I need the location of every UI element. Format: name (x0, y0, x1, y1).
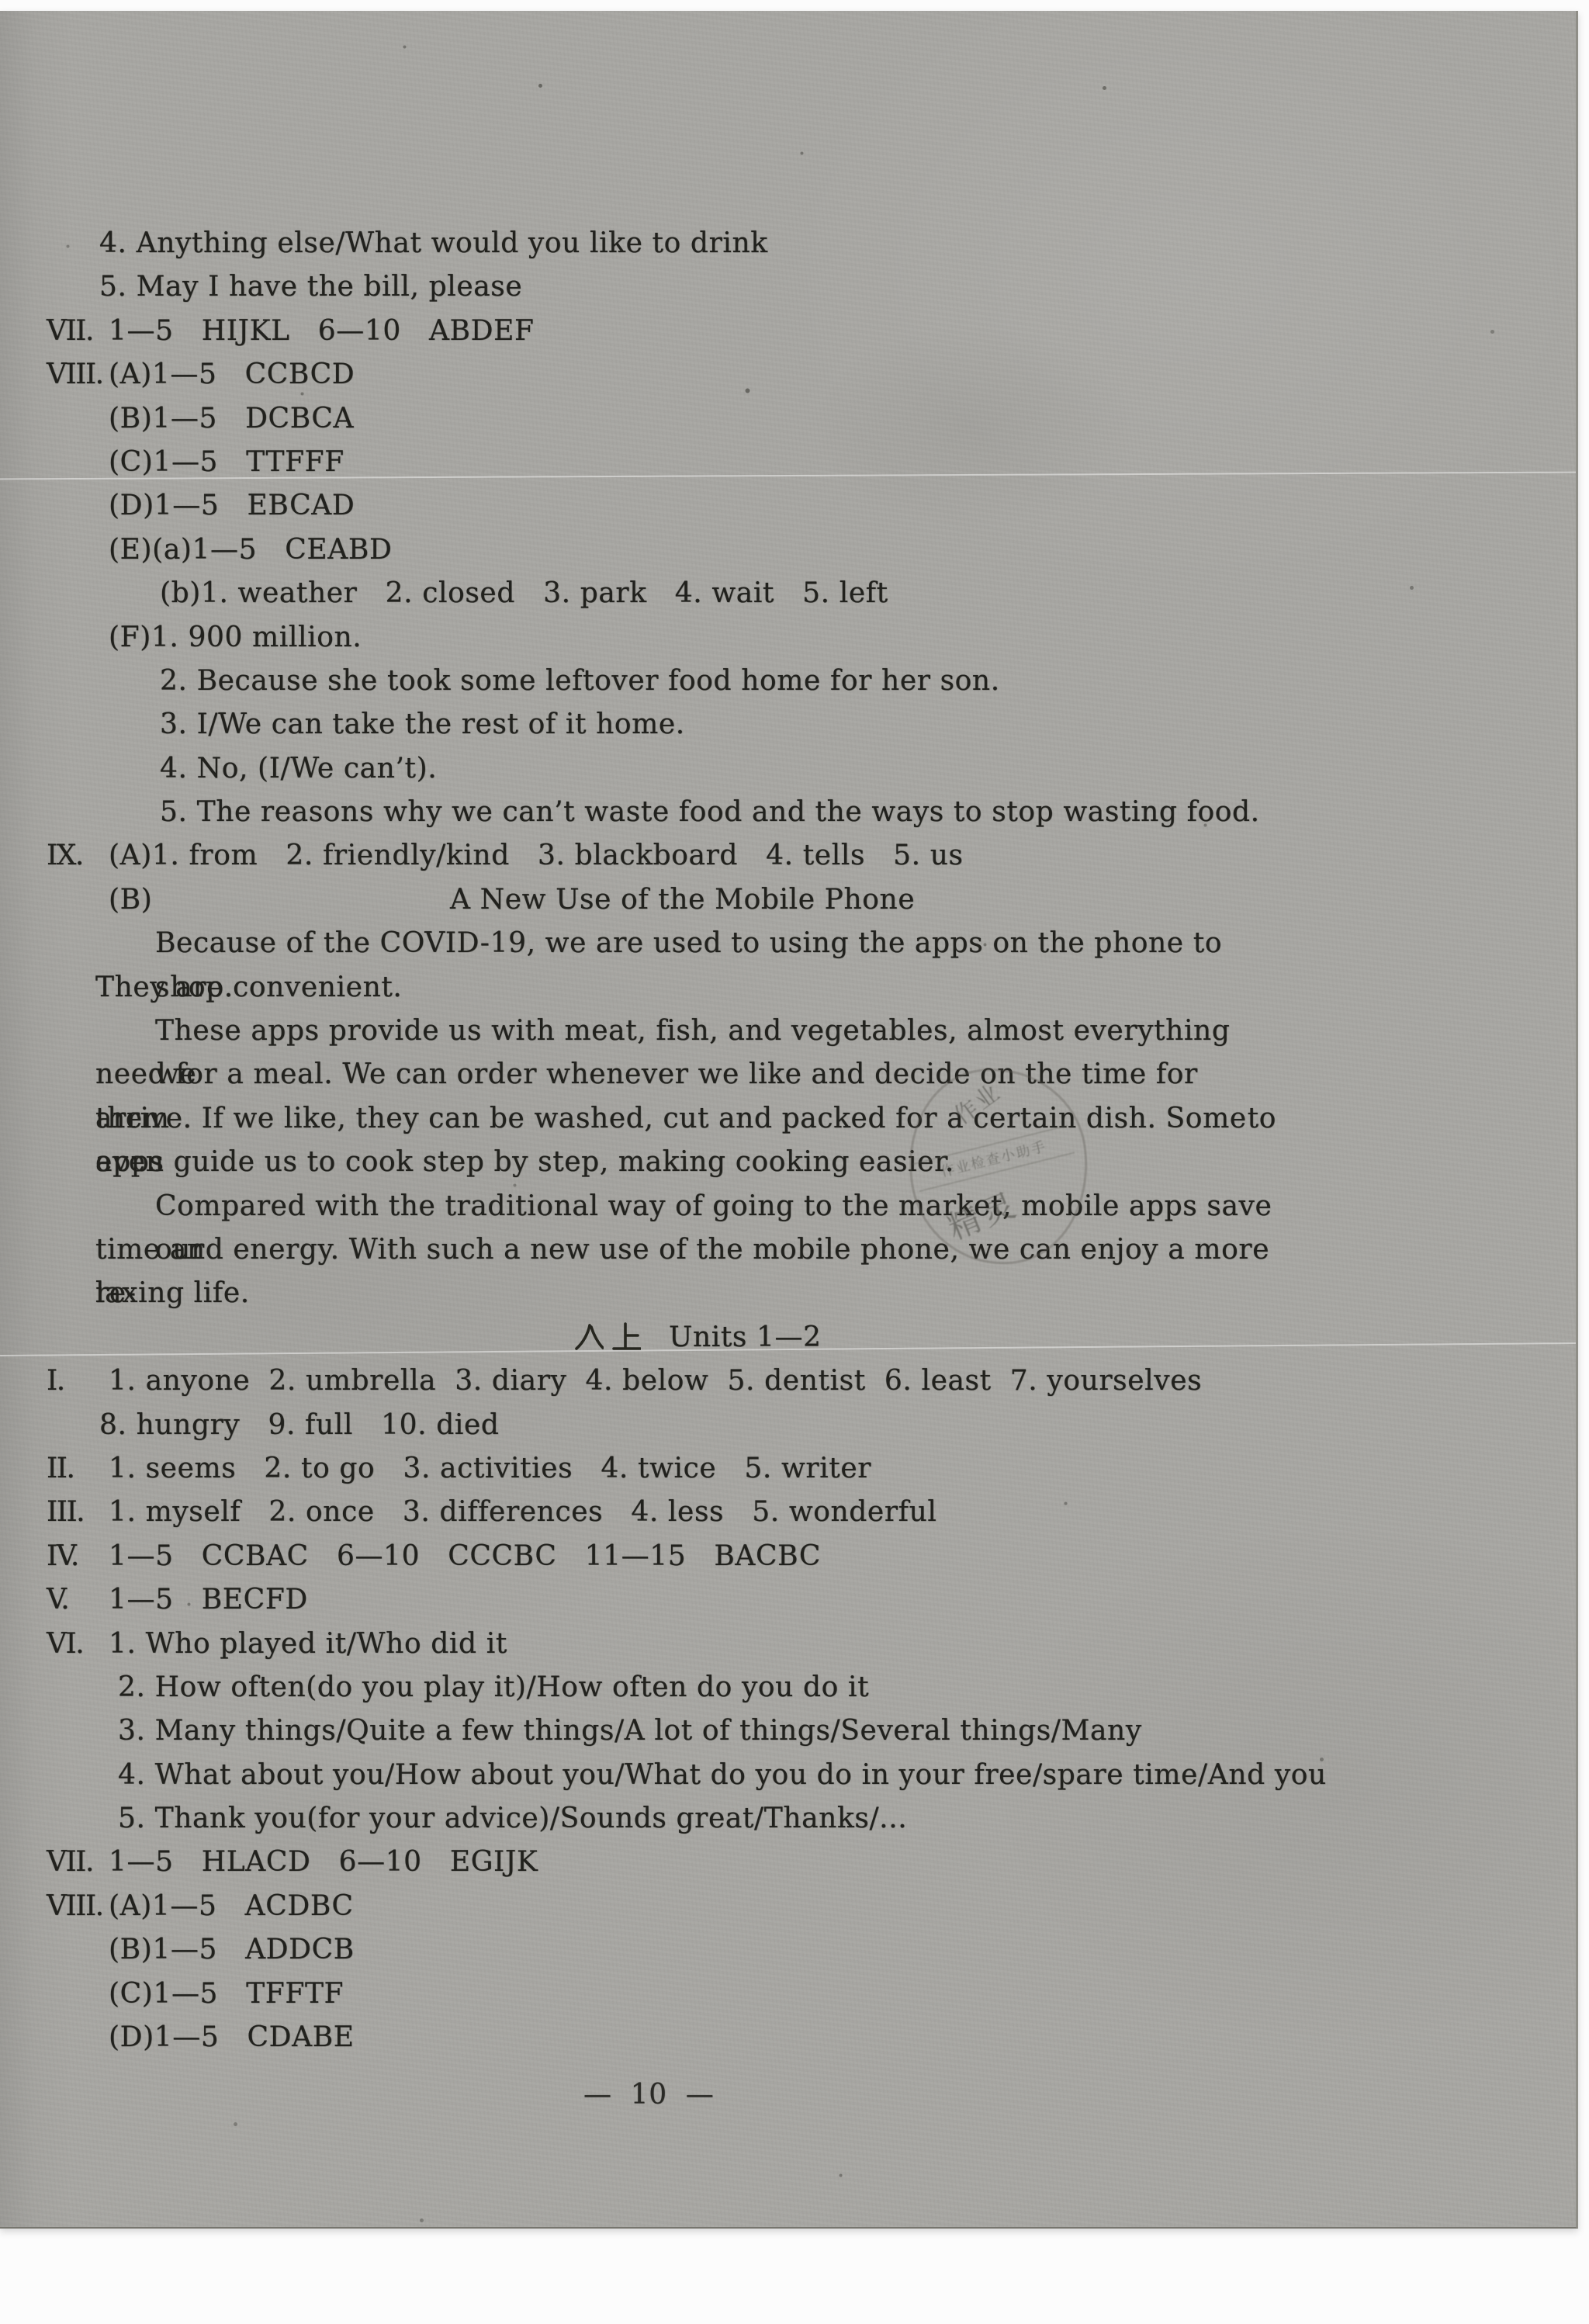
answer-text: 1—5 BECFD (109, 1584, 308, 1616)
answer-text: (D)1—5 EBCAD (109, 490, 355, 521)
answer-line: 2. How often(do you play it)/How often d… (0, 1666, 1576, 1709)
answer-text: (D)1—5 CDABE (109, 2021, 355, 2053)
page-number: — 10 — (0, 2073, 1576, 2117)
answer-line-section-1: I.1. anyone 2. umbrella 3. diary 4. belo… (0, 1359, 1576, 1403)
answer-text: 4. Anything else/What would you like to … (99, 227, 768, 259)
cjk-glyph-ba (573, 1321, 604, 1352)
answer-text: (B)1—5 ADDCB (109, 1934, 355, 1966)
roman-numeral-label: IV. (47, 1535, 109, 1578)
roman-numeral-label: VI. (47, 1623, 109, 1666)
answer-line-section-9: IX.(A)1. from 2. friendly/kind 3. blackb… (0, 834, 1576, 878)
answer-text: 2. How often(do you play it)/How often d… (118, 1671, 869, 1703)
essay-paragraph-line: They are convenient. (0, 966, 1576, 1010)
answer-text: 1—5 HLACD 6—10 EGIJK (109, 1846, 538, 1878)
essay-paragraph-line: Because of the COVID-19, we are used to … (0, 922, 1276, 965)
answer-text: (C)1—5 TTFFF (109, 446, 344, 478)
answer-line-section-3: III.1. myself 2. once 3. differences 4. … (0, 1491, 1576, 1534)
answer-text: (A)1. from 2. friendly/kind 3. blackboar… (109, 840, 964, 871)
essay-paragraph-line: laxing life. (0, 1272, 1576, 1315)
answer-line-section-6: VI.1. Who played it/Who did it (0, 1623, 1576, 1666)
answer-text: 4. What about you/How about you/What do … (118, 1759, 1327, 1791)
essay-paragraph-line: even guide us to cook step by step, maki… (0, 1141, 1576, 1184)
answer-text: 1. Who played it/Who did it (109, 1628, 507, 1660)
roman-numeral-label: III. (47, 1491, 109, 1534)
answer-text: 3. I/We can take the rest of it home. (160, 708, 685, 740)
answer-line: (B)1—5 DCBCA (0, 397, 1576, 441)
answer-text: 1. myself 2. once 3. differences 4. less… (109, 1496, 936, 1528)
answer-text: 4. No, (I/We can’t). (160, 753, 437, 784)
essay-text: even guide us to cook step by step, maki… (95, 1146, 954, 1178)
answer-line: (E)(a)1—5 CEABD (0, 528, 1576, 572)
essay-paragraph-line: Compared with the traditional way of goi… (0, 1185, 1276, 1228)
answer-text: (b)1. weather 2. closed 3. park 4. wait … (160, 577, 888, 609)
essay-paragraph-line: These apps provide us with meat, fish, a… (0, 1010, 1276, 1053)
answer-line-section-5: V.1—5 BECFD (0, 1578, 1576, 1622)
answer-key-text-block: 4. Anything else/What would you like to … (0, 11, 1576, 2118)
cjk-glyph-shang (610, 1321, 641, 1352)
answer-line: (b)1. weather 2. closed 3. park 4. wait … (0, 572, 1576, 615)
roman-numeral-label: V. (47, 1578, 109, 1622)
answer-text: 5. The reasons why we can’t waste food a… (160, 796, 1260, 828)
answer-text: 1. seems 2. to go 3. activities 4. twice… (109, 1453, 871, 1484)
answer-line: (D)1—5 EBCAD (0, 484, 1576, 528)
answer-line: 3. I/We can take the rest of it home. (0, 703, 1576, 746)
section-heading-text: Units 1—2 (669, 1321, 822, 1353)
roman-numeral-label: VIII. (47, 1885, 109, 1928)
essay-text: They are convenient. (95, 972, 402, 1003)
answer-line: 3. Many things/Quite a few things/A lot … (0, 1709, 1576, 1753)
answer-line: (C)1—5 TTFFF (0, 441, 1576, 484)
answer-line-section-8: VIII.(A)1—5 CCBCD (0, 353, 1576, 397)
answer-text: 5. May I have the bill, please (99, 271, 522, 303)
roman-numeral-label: IX. (47, 834, 109, 878)
answer-line: 4. What about you/How about you/What do … (0, 1754, 1576, 1797)
page-number-text: — 10 — (583, 2079, 714, 2111)
essay-text: laxing life. (95, 1277, 250, 1309)
answer-text: (C)1—5 TFFTF (109, 1978, 344, 2010)
stamp-text-middle: 作业检查小助手 (912, 1124, 1075, 1192)
answer-text: 1—5 CCBAC 6—10 CCCBC 11—15 BACBC (109, 1540, 821, 1572)
answer-line-essay-title: (B)A New Use of the Mobile Phone (0, 878, 1576, 922)
answer-text: (B)1—5 DCBCA (109, 403, 354, 435)
roman-numeral-label: VII. (47, 310, 109, 353)
answer-text: 2. Because she took some leftover food h… (160, 665, 1000, 697)
stamp-text-top: 作业 (946, 1073, 1007, 1131)
answer-line: 4. No, (I/We can’t). (0, 747, 1576, 791)
answer-line: 4. Anything else/What would you like to … (0, 222, 1576, 265)
scanned-answer-page: 4. Anything else/What would you like to … (0, 11, 1578, 2229)
answer-line: 5. The reasons why we can’t waste food a… (0, 791, 1576, 834)
answer-line: 8. hungry 9. full 10. died (0, 1404, 1576, 1447)
essay-title: A New Use of the Mobile Phone (450, 878, 915, 922)
answer-line: (B)1—5 ADDCB (0, 1928, 1576, 1972)
answer-text: 5. Thank you(for your advice)/Sounds gre… (118, 1803, 907, 1834)
answer-line: (D)1—5 CDABE (0, 2016, 1576, 2059)
answer-line: 5. May I have the bill, please (0, 265, 1576, 309)
roman-numeral-label: I. (47, 1359, 109, 1403)
answer-line-section-7: VII.1—5 HIJKL 6—10 ABDEF (0, 310, 1576, 353)
part-label: (B) (109, 884, 152, 916)
answer-text: 8. hungry 9. full 10. died (99, 1409, 500, 1441)
answer-line: 5. Thank you(for your advice)/Sounds gre… (0, 1797, 1576, 1841)
answer-text: (A)1—5 CCBCD (109, 358, 355, 390)
roman-numeral-label: VIII. (47, 353, 109, 397)
essay-paragraph-line: time and energy. With such a new use of … (0, 1228, 1276, 1272)
answer-text: 1. anyone 2. umbrella 3. diary 4. below … (109, 1365, 1202, 1397)
stamp-text-bottom: 精灵 (940, 1179, 1026, 1249)
answer-line-section-7b: VII.1—5 HLACD 6—10 EGIJK (0, 1841, 1576, 1884)
section-heading-grade8-units-1-2: Units 1—2 (0, 1316, 1576, 1359)
answer-text: 3. Many things/Quite a few things/A lot … (118, 1715, 1142, 1747)
answer-line: (C)1—5 TFFTF (0, 1972, 1576, 2016)
roman-numeral-label: VII. (47, 1841, 109, 1884)
essay-paragraph-line: need for a meal. We can order whenever w… (0, 1053, 1276, 1096)
answer-text: (A)1—5 ACDBC (109, 1890, 354, 1922)
answer-line-section-4: IV.1—5 CCBAC 6—10 CCCBC 11—15 BACBC (0, 1535, 1576, 1578)
roman-numeral-label: II. (47, 1447, 109, 1491)
answer-text: 1—5 HIJKL 6—10 ABDEF (109, 315, 535, 347)
essay-paragraph-line: arrive. If we like, they can be washed, … (0, 1097, 1276, 1141)
answer-line-section-2: II.1. seems 2. to go 3. activities 4. tw… (0, 1447, 1576, 1491)
answer-text: (E)(a)1—5 CEABD (109, 534, 392, 566)
answer-line: (F)1. 900 million. (0, 616, 1576, 660)
answer-line: 2. Because she took some leftover food h… (0, 660, 1576, 703)
answer-line-section-8b: VIII.(A)1—5 ACDBC (0, 1885, 1576, 1928)
answer-text: (F)1. 900 million. (109, 622, 362, 653)
cjk-glyphs-ba-shang (573, 1321, 647, 1365)
